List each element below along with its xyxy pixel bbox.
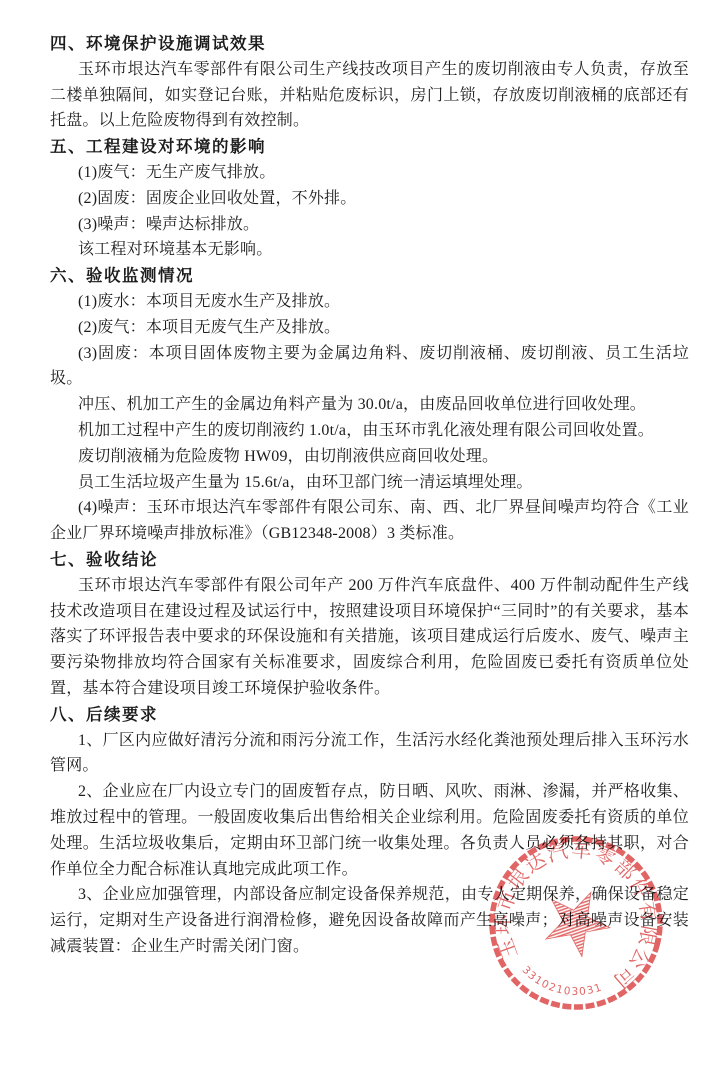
- document-content: 四、环境保护设施调试效果玉环市垠达汽车零部件有限公司生产线技改项目产生的废切削液…: [50, 31, 689, 960]
- paragraph: 玉环市垠达汽车零部件有限公司年产 200 万件汽车底盘件、400 万件制动配件生…: [50, 573, 689, 702]
- section: 六、验收监测情况(1)废水：本项目无废水生产及排放。(2)废气：本项目无废气生产…: [50, 263, 689, 547]
- paragraph: 1、厂区内应做好清污分流和雨污分流工作，生活污水经化粪池预处理后排入玉环污水管网…: [50, 728, 689, 780]
- section-heading: 八、后续要求: [50, 702, 689, 728]
- paragraph: 玉环市垠达汽车零部件有限公司生产线技改项目产生的废切削液由专人负责，存放至二楼单…: [50, 57, 689, 134]
- section-heading: 七、验收结论: [50, 547, 689, 573]
- section: 七、验收结论玉环市垠达汽车零部件有限公司年产 200 万件汽车底盘件、400 万…: [50, 547, 689, 702]
- section-heading: 五、工程建设对环境的影响: [50, 134, 689, 160]
- seal-star: [535, 878, 620, 962]
- paragraph: (3)噪声：噪声达标排放。: [50, 212, 689, 238]
- section: 四、环境保护设施调试效果玉环市垠达汽车零部件有限公司生产线技改项目产生的废切削液…: [50, 31, 689, 134]
- paragraph: 员工生活垃圾产生量为 15.6t/a，由环卫部门统一清运填埋处理。: [50, 470, 689, 496]
- paragraph: 该工程对环境基本无影响。: [50, 237, 689, 263]
- paragraph: (1)废气：无生产废气排放。: [50, 160, 689, 186]
- section-heading: 四、环境保护设施调试效果: [50, 31, 689, 57]
- paragraph: (1)废水：本项目无废水生产及排放。: [50, 289, 689, 315]
- paragraph: (4)噪声：玉环市垠达汽车零部件有限公司东、南、西、北厂界昼间噪声均符合《工业企…: [50, 495, 689, 547]
- paragraph: 冲压、机加工产生的金属边角料产量为 30.0t/a，由废品回收单位进行回收处理。: [50, 392, 689, 418]
- section-heading: 六、验收监测情况: [50, 263, 689, 289]
- paragraph: (2)废气：本项目无废气生产及排放。: [50, 315, 689, 341]
- paragraph: (2)固废：固废企业回收处置，不外排。: [50, 186, 689, 212]
- paragraph: (3)固废：本项目固体废物主要为金属边角料、废切削液桶、废切削液、员工生活垃圾。: [50, 341, 689, 393]
- document-page: 四、环境保护设施调试效果玉环市垠达汽车零部件有限公司生产线技改项目产生的废切削液…: [0, 0, 720, 1076]
- paragraph: 机加工过程中产生的废切削液约 1.0t/a，由玉环市乳化液处理有限公司回收处置。: [50, 418, 689, 444]
- section: 五、工程建设对环境的影响(1)废气：无生产废气排放。(2)固废：固废企业回收处置…: [50, 134, 689, 263]
- paragraph: 废切削液桶为危险废物 HW09，由切削液供应商回收处理。: [50, 444, 689, 470]
